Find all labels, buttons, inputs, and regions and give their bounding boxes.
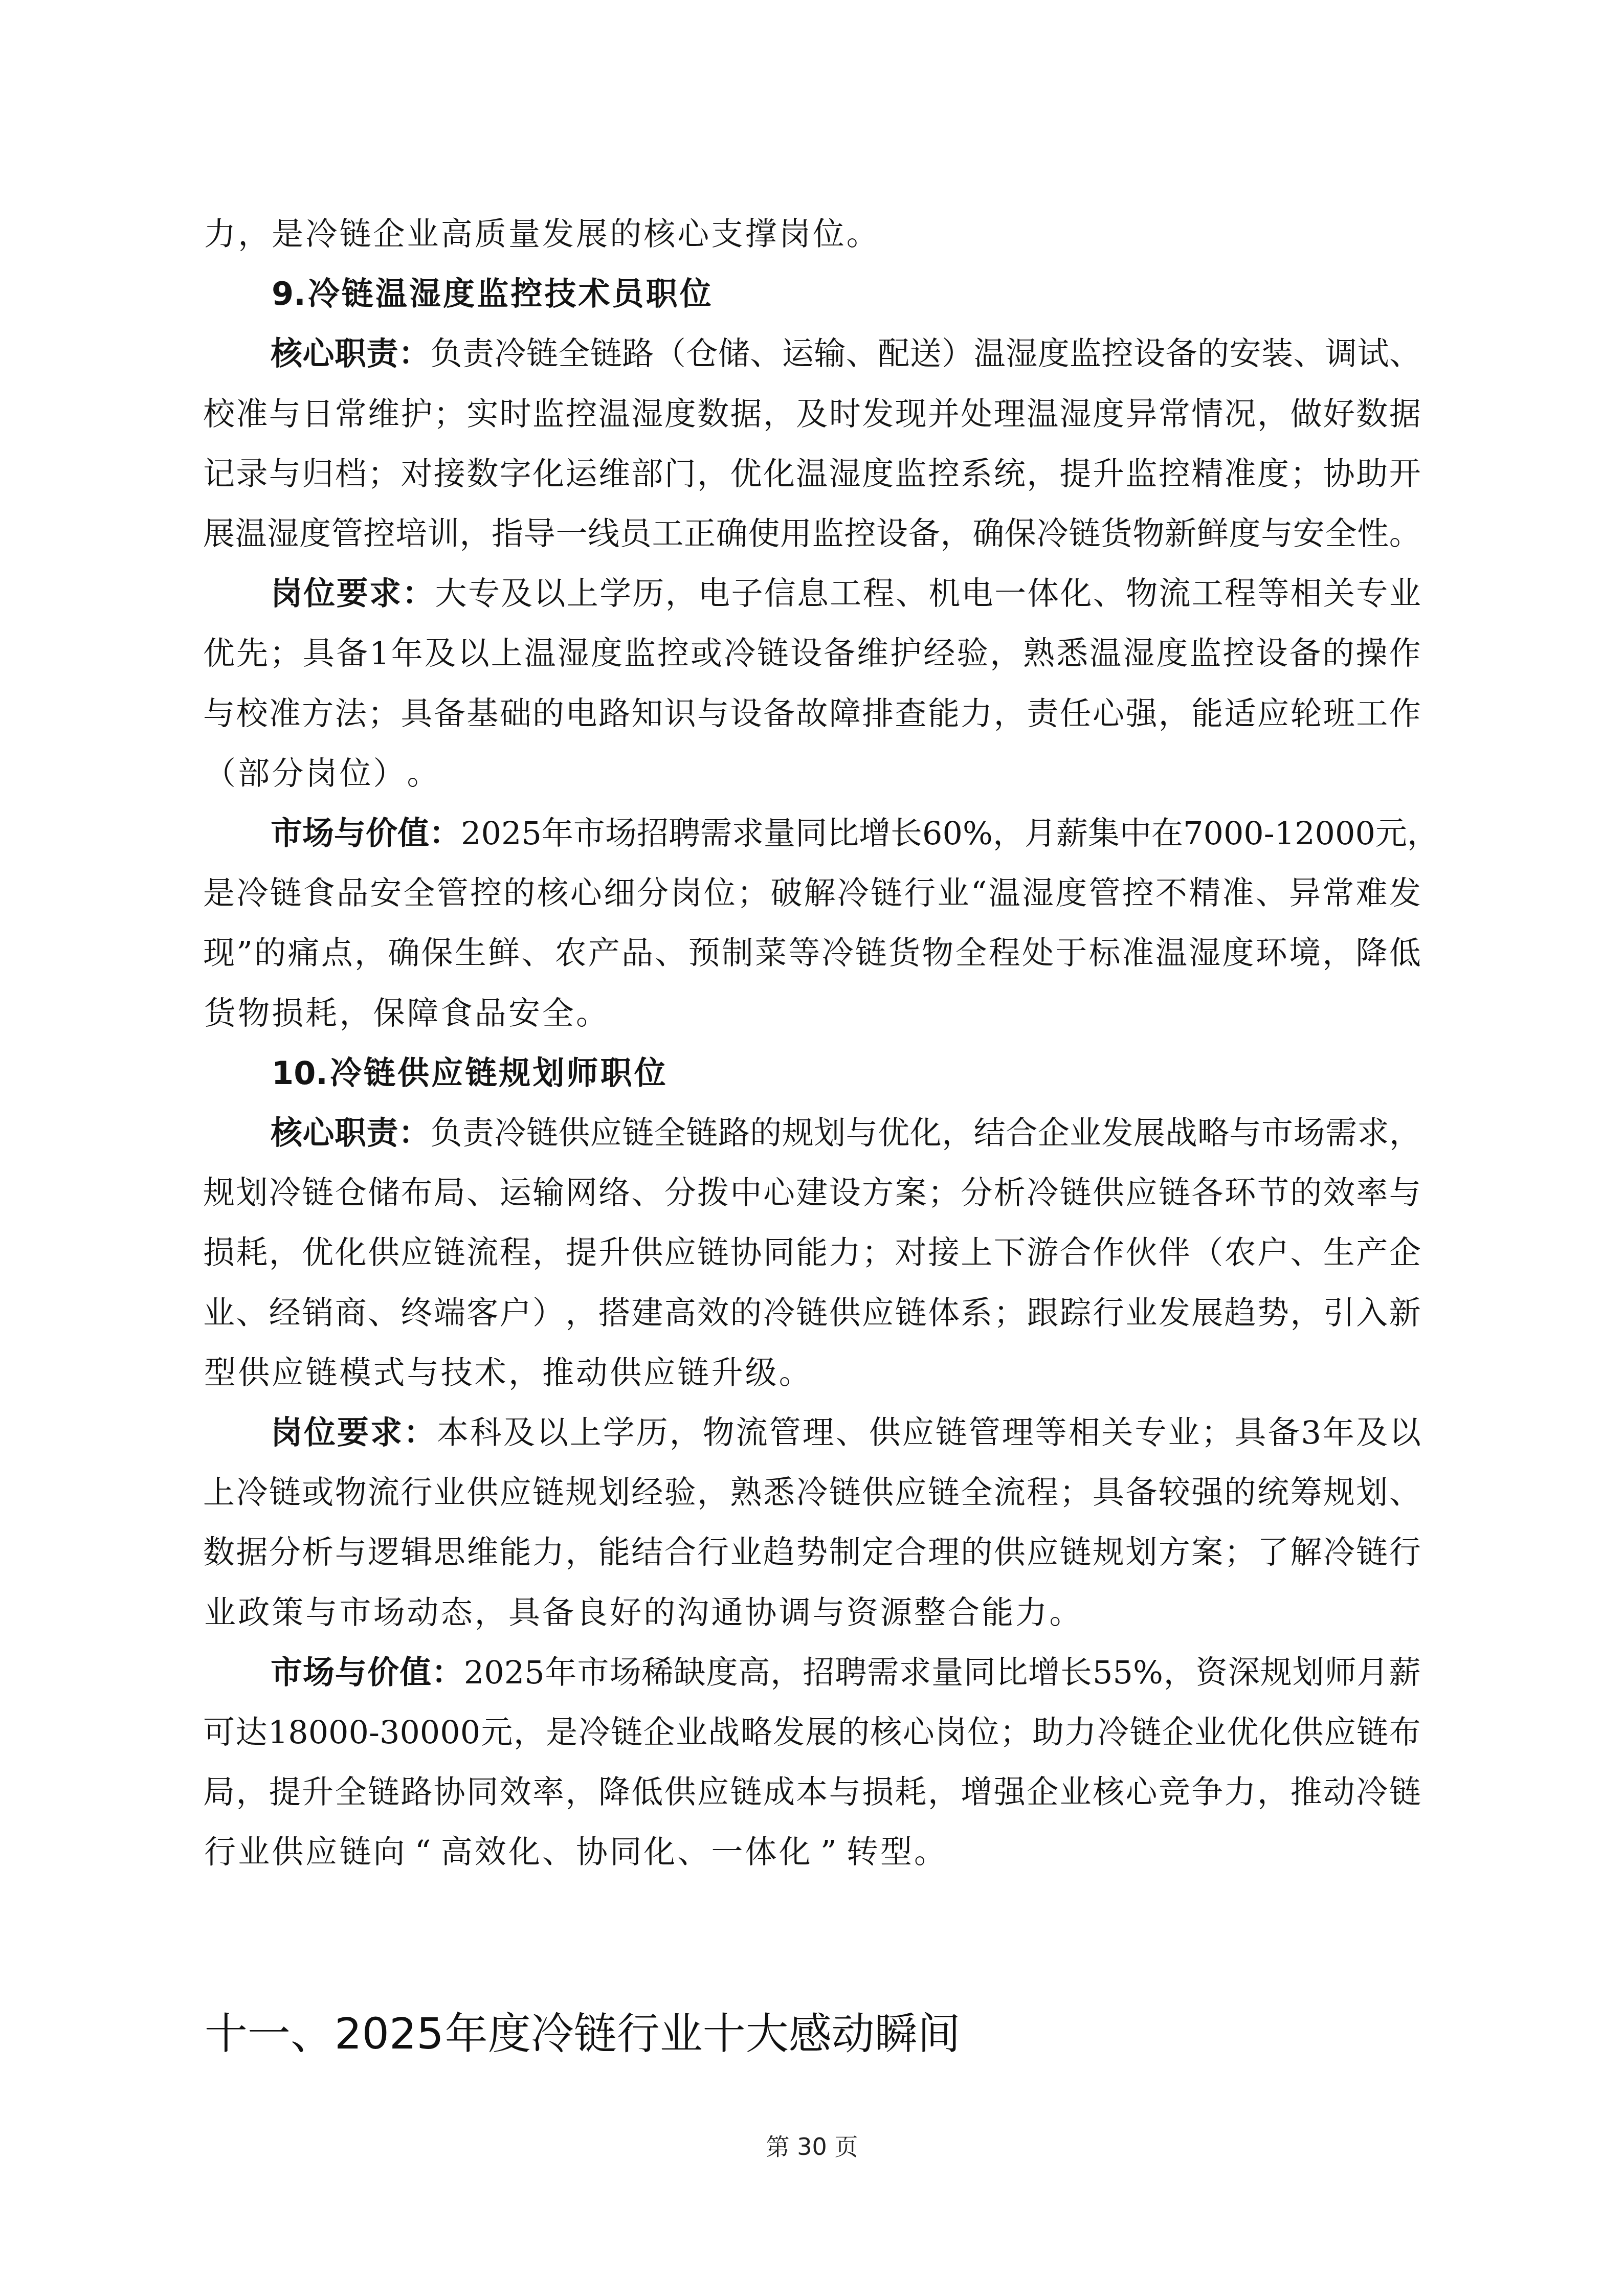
- text-glyph: 流: [466, 1232, 498, 1273]
- text-glyph: 化: [778, 1832, 812, 1873]
- text-glyph: 本: [437, 1412, 469, 1453]
- text-glyph: 链: [269, 1472, 301, 1513]
- text-glyph: 应: [500, 1472, 531, 1513]
- paragraph-line: 损耗，优化供应链流程，提升供应链协同能力；对接上下游合作伙伴（农户、生产企: [203, 1232, 1421, 1273]
- text-glyph: 客: [466, 1293, 498, 1334]
- text-glyph: 责: [1027, 693, 1058, 734]
- text-glyph: 业: [1168, 1412, 1200, 1453]
- text-glyph: 力: [1225, 1772, 1256, 1813]
- text-glyph: 规: [203, 1173, 235, 1213]
- text-glyph: 设: [790, 633, 822, 674]
- text-glyph: 伙: [1125, 1232, 1157, 1273]
- text-glyph: 部: [631, 454, 663, 494]
- text-glyph: 应: [642, 1353, 676, 1393]
- text-glyph: 管: [331, 513, 363, 554]
- text-glyph: 温: [1089, 633, 1121, 674]
- text-glyph: 本: [796, 1772, 828, 1813]
- text-glyph: 监: [895, 454, 927, 494]
- text-glyph: 的: [838, 1712, 870, 1753]
- text-glyph: 保: [421, 933, 453, 974]
- text-glyph: 链: [611, 1712, 642, 1753]
- text-glyph: 障: [829, 693, 861, 734]
- paragraph-line: 型供应链模式与技术，推动供应链升级。: [203, 1353, 1421, 1393]
- text-glyph: 程: [863, 573, 895, 614]
- text-glyph: 、: [1256, 873, 1287, 914]
- text-glyph: 护: [890, 633, 922, 674]
- text-glyph: 与: [304, 1592, 338, 1633]
- bold-label-glyph: ：: [404, 1412, 435, 1453]
- text-glyph: 动: [406, 1592, 440, 1633]
- text-glyph: 发: [862, 394, 894, 435]
- heading-glyph: 行: [617, 2011, 660, 2057]
- text-glyph: ，: [1159, 693, 1190, 734]
- text-glyph: 送: [910, 333, 942, 374]
- text-glyph: ，: [236, 1772, 268, 1813]
- text-glyph: 冷: [796, 1472, 828, 1513]
- text-glyph: 解: [1290, 1532, 1322, 1573]
- text-glyph: 、: [896, 573, 927, 614]
- text-glyph: 验: [956, 633, 988, 674]
- text-glyph: 仓: [686, 333, 718, 374]
- text-glyph: 与: [846, 1113, 878, 1154]
- text-glyph: 体: [928, 1293, 960, 1334]
- text-glyph: 供: [237, 1353, 271, 1393]
- text-glyph: 异: [1289, 873, 1321, 914]
- text-glyph: 据: [236, 1532, 268, 1573]
- text-glyph: 的: [1290, 1173, 1322, 1213]
- text-glyph: 与: [697, 693, 729, 734]
- text-glyph: 链: [270, 873, 302, 914]
- text-glyph: 冷: [1356, 1772, 1388, 1813]
- text-glyph: 化: [763, 454, 795, 494]
- paragraph-line: 货物损耗，保障食品安全。: [203, 993, 1421, 1034]
- text-glyph: 划: [1293, 1652, 1324, 1693]
- text-glyph: 升: [1093, 454, 1124, 494]
- text-glyph: 供: [664, 1772, 696, 1813]
- text-glyph: 师: [1325, 1652, 1356, 1693]
- text-glyph: 物: [1126, 573, 1158, 614]
- paragraph-line: （部分岗位）。: [203, 753, 1421, 794]
- paragraph-line: 展温湿度管控培训，指导一线员工正确使用监控设备，确保冷链货物新鲜度与安全性。: [203, 513, 1421, 554]
- text-glyph: 产: [1356, 1232, 1388, 1273]
- text-glyph: 。: [778, 1353, 812, 1393]
- text-glyph: 心: [1125, 1772, 1157, 1813]
- text-glyph: 、: [236, 1293, 268, 1334]
- text-glyph: 展: [805, 1712, 837, 1753]
- text-glyph: 等: [1035, 1412, 1067, 1453]
- text-glyph: ，: [514, 1712, 545, 1753]
- paragraph-line: 岗位要求：大专及以上学历，电子信息工程、机电一体化、物流工程等相关专业: [271, 573, 1421, 614]
- text-glyph: 流: [368, 1472, 399, 1513]
- text-glyph: 熟: [1023, 633, 1055, 674]
- text-glyph: 链: [368, 1772, 399, 1813]
- text-glyph: （: [1191, 1232, 1223, 1273]
- text-glyph: 录: [236, 454, 268, 494]
- text-glyph: 链: [871, 873, 902, 914]
- bold-label-glyph: 技: [543, 274, 577, 314]
- text-glyph: 安: [507, 993, 541, 1034]
- text-glyph: 需: [867, 1652, 899, 1693]
- bold-label-glyph: 控: [509, 274, 543, 314]
- text-glyph: 展: [203, 513, 235, 554]
- text-glyph: 链: [686, 1113, 718, 1154]
- heading-glyph: 十: [205, 2011, 248, 2057]
- text-glyph: 中: [730, 1173, 762, 1213]
- text-glyph: 运: [565, 454, 597, 494]
- bold-label-glyph: 岗: [271, 1412, 302, 1453]
- text-glyph: 率: [532, 1772, 564, 1813]
- text-glyph: 货: [203, 993, 237, 1034]
- text-glyph: 招: [637, 813, 669, 854]
- text-glyph: 术: [474, 1353, 507, 1393]
- bold-label-glyph: 划: [531, 1053, 565, 1094]
- text-glyph: 结: [974, 1113, 1006, 1154]
- text-glyph: 低: [631, 1772, 663, 1813]
- text-glyph: 销: [302, 1293, 333, 1334]
- text-glyph: 应: [271, 1353, 304, 1393]
- text-glyph: ，: [565, 1532, 597, 1573]
- text-glyph: 湿: [829, 454, 861, 494]
- text-glyph: 企: [1389, 1232, 1421, 1273]
- text-glyph: 化: [642, 1832, 676, 1873]
- paragraph-line: 业、经销商、终端客户），搭建高效的冷链供应链体系；跟踪行业发展趋势，引入新: [203, 1293, 1421, 1334]
- text-glyph: 求: [1357, 1113, 1389, 1154]
- text-glyph: 展: [1191, 1293, 1223, 1334]
- text-glyph: 具: [1235, 1412, 1266, 1453]
- text-glyph: 终: [401, 1293, 432, 1334]
- text-glyph: 业: [203, 1293, 235, 1334]
- text-glyph: ；: [928, 1173, 960, 1213]
- text-glyph: 析: [994, 1173, 1026, 1213]
- text-glyph: 在: [1151, 813, 1183, 854]
- text-glyph: 、: [750, 333, 782, 374]
- heading-glyph: 年: [445, 2011, 488, 2057]
- text-glyph: 备: [763, 693, 795, 734]
- bold-label-glyph: 位: [633, 1053, 667, 1094]
- text-glyph: 合: [947, 1592, 981, 1633]
- text-glyph: 与: [829, 1772, 861, 1813]
- text-glyph: 需: [700, 813, 732, 854]
- text-glyph: 一: [710, 1832, 744, 1873]
- text-glyph: ；: [270, 633, 301, 674]
- text-glyph: 规: [1323, 1472, 1355, 1513]
- text-glyph: 耗: [895, 1772, 927, 1813]
- text-glyph: 拨: [697, 1173, 729, 1213]
- text-glyph: 试: [1357, 333, 1389, 374]
- text-glyph: 链: [796, 1293, 828, 1334]
- bold-label-glyph: 核: [271, 1113, 302, 1154]
- paragraph-line: 与校准方法；具备基础的电路知识与设备故障排查能力，责任心强，能适应轮班工作: [203, 693, 1421, 734]
- text-glyph: 品: [474, 993, 507, 1034]
- text-glyph: 应: [895, 1472, 927, 1513]
- text-glyph: 户: [1257, 1232, 1289, 1273]
- text-glyph: ，: [459, 513, 491, 554]
- text-glyph: 下: [994, 1232, 1026, 1273]
- text-glyph: 整: [913, 1592, 947, 1633]
- text-glyph: 年: [391, 633, 423, 674]
- text-glyph: 耗: [236, 1232, 268, 1273]
- text-glyph: 路: [401, 1772, 432, 1813]
- text-glyph: 心: [903, 1712, 935, 1753]
- text-glyph: 应: [401, 1232, 432, 1273]
- text-glyph: ，: [994, 693, 1026, 734]
- text-glyph: ，: [1407, 813, 1439, 854]
- text-glyph: 效: [1323, 1173, 1355, 1213]
- bold-label-glyph: 要: [337, 573, 368, 614]
- text-glyph: 导: [524, 513, 555, 554]
- text-glyph: 于: [1055, 933, 1087, 974]
- text-glyph: 日: [302, 394, 333, 435]
- text-glyph: 的: [503, 873, 535, 914]
- text-glyph: 理: [1002, 1412, 1034, 1453]
- text-glyph: 位: [967, 1712, 999, 1753]
- text-glyph: 冷: [579, 1712, 610, 1753]
- text-glyph: 源: [879, 1592, 913, 1633]
- text-glyph: 企: [372, 214, 406, 255]
- text-glyph: 故: [796, 693, 828, 734]
- bold-label-glyph: 职: [645, 274, 679, 314]
- text-glyph: 链: [590, 333, 622, 374]
- text-glyph: 7000-12000: [1183, 813, 1375, 854]
- text-glyph: 供: [869, 1412, 901, 1453]
- text-glyph: 高: [440, 214, 474, 255]
- paragraph-line: 现”的痛点，确保生鲜、农产品、预制菜等冷链货物全程处于标准温湿度环境，降低: [203, 933, 1421, 974]
- text-glyph: 势: [1257, 1293, 1289, 1334]
- text-glyph: 、: [655, 933, 686, 974]
- text-glyph: 等: [788, 933, 820, 974]
- text-glyph: 的: [1197, 333, 1229, 374]
- text-glyph: 物: [335, 1472, 367, 1513]
- text-glyph: 情: [1191, 394, 1223, 435]
- text-glyph: 部: [237, 753, 271, 794]
- paragraph-line: 核心职责：负责冷链全链路（仓储、运输、配送）温湿度监控设备的安装、调试、: [271, 333, 1421, 374]
- text-glyph: 工: [1192, 573, 1223, 614]
- paragraph-line: 优先；具备1年及以上温湿度监控或冷链设备维护经验，熟悉温湿度监控设备的操作: [203, 633, 1421, 674]
- bold-label-glyph: 职: [335, 333, 366, 374]
- text-glyph: 链: [526, 1113, 558, 1154]
- text-glyph: 行: [1389, 1532, 1421, 1573]
- bold-label-glyph: 冷: [307, 274, 341, 314]
- bold-label-glyph: ：: [429, 813, 461, 854]
- text-glyph: 控: [1159, 454, 1190, 494]
- text-glyph: ，: [1027, 454, 1058, 494]
- text-glyph: ，: [1290, 1293, 1322, 1334]
- text-glyph: 撑: [744, 214, 778, 255]
- heading-glyph: 度: [488, 2011, 531, 2057]
- text-glyph: 招: [803, 1652, 834, 1693]
- text-glyph: 上: [961, 1232, 992, 1273]
- text-glyph: 冷: [763, 1293, 795, 1334]
- text-glyph: 菜: [755, 933, 787, 974]
- text-glyph: 发: [1159, 1293, 1190, 1334]
- text-glyph: 。: [406, 753, 440, 794]
- text-glyph: 监: [1125, 454, 1157, 494]
- text-glyph: 时: [829, 394, 861, 435]
- text-glyph: 经: [631, 1472, 663, 1513]
- text-glyph: 与: [269, 394, 301, 435]
- text-glyph: 食: [303, 873, 335, 914]
- text-glyph: 、: [1093, 573, 1125, 614]
- text-glyph: 、: [466, 1173, 498, 1213]
- text-glyph: 推: [541, 1353, 575, 1393]
- text-glyph: 度: [1257, 454, 1289, 494]
- text-glyph: 网: [565, 1173, 597, 1213]
- text-glyph: 资: [846, 1592, 879, 1633]
- text-glyph: 链: [1159, 1173, 1190, 1213]
- text-glyph: 识: [664, 693, 696, 734]
- text-glyph: 控: [470, 873, 502, 914]
- text-glyph: 湿: [631, 394, 663, 435]
- heading-glyph: 业: [660, 2011, 703, 2057]
- text-glyph: 深: [1228, 1652, 1260, 1693]
- text-glyph: 体: [744, 1832, 778, 1873]
- paragraph-line: 业政策与市场动态，具备良好的沟通协调与资源整合能力。: [203, 1592, 1421, 1633]
- text-glyph: 的: [1225, 1472, 1256, 1513]
- text-glyph: 及: [796, 394, 828, 435]
- bold-label-glyph: 值: [397, 813, 429, 854]
- text-glyph: ，: [474, 1592, 507, 1633]
- text-glyph: 设: [829, 1173, 861, 1213]
- text-glyph: 数: [466, 454, 498, 494]
- text-glyph: 60%: [922, 813, 993, 854]
- text-glyph: 业: [1060, 1772, 1092, 1813]
- text-glyph: 准: [1225, 454, 1256, 494]
- text-glyph: 踪: [1060, 1293, 1092, 1334]
- text-glyph: 工: [830, 573, 861, 614]
- text-glyph: 供: [558, 1113, 590, 1154]
- text-glyph: 的: [532, 693, 564, 734]
- text-glyph: 、: [676, 1832, 710, 1873]
- text-glyph: 控: [1222, 633, 1254, 674]
- text-glyph: 准: [1122, 933, 1154, 974]
- text-glyph: 供: [829, 1293, 861, 1334]
- text-glyph: 心: [1093, 693, 1124, 734]
- text-glyph: 化: [507, 1832, 541, 1873]
- text-glyph: 应: [1125, 1173, 1157, 1213]
- text-glyph: 物: [1132, 513, 1164, 554]
- text-glyph: 数: [697, 394, 729, 435]
- text-glyph: 思: [434, 1532, 465, 1573]
- text-glyph: 稀: [641, 1652, 673, 1693]
- text-glyph: 与: [1230, 1113, 1261, 1154]
- text-glyph: 据: [1389, 394, 1421, 435]
- text-glyph: 校: [236, 693, 268, 734]
- text-glyph: 力: [203, 214, 237, 255]
- text-glyph: 链: [532, 1472, 564, 1513]
- paragraph-line: 核心职责：负责冷链供应链全链路的规划与优化，结合企业发展战略与市场需求，: [271, 1113, 1421, 1154]
- paragraph-line: 力，是冷链企业高质量发展的核心支撑岗位。: [203, 214, 1421, 255]
- text-glyph: 络: [598, 1173, 630, 1213]
- bold-label-glyph: ：: [432, 1652, 463, 1693]
- heading-glyph: 一: [248, 2011, 291, 2057]
- text-glyph: 设: [730, 693, 762, 734]
- text-glyph: 优: [1227, 1712, 1259, 1753]
- text-glyph: 湿: [1022, 873, 1054, 914]
- text-glyph: 冷: [821, 933, 853, 974]
- text-glyph: 温: [1155, 933, 1187, 974]
- text-glyph: 关: [1323, 573, 1355, 614]
- text-glyph: 升: [302, 1772, 333, 1813]
- text-glyph: 链: [1356, 1712, 1388, 1753]
- text-glyph: ）: [372, 753, 406, 794]
- text-glyph: 竞: [1159, 1772, 1190, 1813]
- text-glyph: 电: [962, 573, 993, 614]
- text-glyph: 良: [575, 1592, 609, 1633]
- text-glyph: 动: [575, 1353, 609, 1393]
- text-glyph: 级: [744, 1353, 778, 1393]
- text-glyph: 链: [1129, 1712, 1161, 1753]
- bold-label-glyph: 心: [302, 333, 334, 374]
- text-glyph: ；: [737, 873, 769, 914]
- text-glyph: 监: [532, 394, 564, 435]
- text-glyph: 位: [338, 753, 372, 794]
- text-glyph: 高: [738, 1652, 770, 1693]
- paragraph-line: 可达18000-30000元，是冷链企业战略发展的核心岗位；助力冷链企业优化供应…: [203, 1712, 1421, 1753]
- text-glyph: 合: [895, 1532, 927, 1573]
- text-glyph: 分: [664, 1173, 696, 1213]
- text-glyph: 鲜: [488, 933, 520, 974]
- text-glyph: 系: [961, 454, 992, 494]
- text-glyph: 年: [545, 1652, 577, 1693]
- text-glyph: 场: [1294, 1113, 1325, 1154]
- text-glyph: 经: [269, 1293, 301, 1334]
- text-glyph: 质: [474, 214, 507, 255]
- text-glyph: 、: [1389, 1472, 1421, 1513]
- text-glyph: 冷: [269, 1173, 301, 1213]
- bold-label-glyph: 位: [304, 1412, 336, 1453]
- text-glyph: 历: [632, 573, 664, 614]
- text-glyph: 难: [1355, 873, 1387, 914]
- text-glyph: 监: [1070, 333, 1101, 374]
- text-glyph: 异: [1125, 394, 1157, 435]
- text-glyph: 需: [1325, 1113, 1357, 1154]
- text-glyph: ，: [507, 1353, 541, 1393]
- text-glyph: 效: [697, 1293, 729, 1334]
- text-glyph: 相: [1291, 573, 1322, 614]
- text-glyph: 链: [338, 1832, 372, 1873]
- text-glyph: 比: [827, 813, 859, 854]
- text-glyph: 能: [598, 1532, 630, 1573]
- text-glyph: 强: [1125, 693, 1157, 734]
- text-glyph: 化: [532, 454, 564, 494]
- heading-glyph: 链: [574, 2011, 617, 2057]
- heading-glyph: 大: [746, 2011, 789, 2057]
- text-glyph: 化: [335, 1232, 367, 1273]
- text-glyph: ，: [940, 513, 972, 554]
- text-glyph: 能: [928, 693, 960, 734]
- text-glyph: 应: [697, 1772, 729, 1813]
- text-glyph: 型: [879, 1832, 913, 1873]
- text-glyph: 新: [1165, 513, 1196, 554]
- bold-label-glyph: 湿: [408, 274, 442, 314]
- text-glyph: 具: [1093, 1472, 1124, 1513]
- text-glyph: 生: [1323, 1232, 1355, 1273]
- text-glyph: ，: [1257, 1772, 1289, 1813]
- text-glyph: 争: [1191, 1772, 1223, 1813]
- text-glyph: 流: [736, 1412, 768, 1453]
- text-glyph: ，: [237, 214, 271, 255]
- bold-label-glyph: 链: [363, 1053, 396, 1094]
- bold-label-glyph: 求: [369, 573, 401, 614]
- bold-label-glyph: 求: [370, 1412, 402, 1453]
- text-glyph: 合: [1006, 1113, 1037, 1154]
- text-glyph: 。: [846, 214, 879, 255]
- text-glyph: 案: [895, 1173, 927, 1213]
- heading-glyph: 间: [918, 2011, 961, 2057]
- text-glyph: 具: [507, 1592, 541, 1633]
- text-glyph: 备: [541, 1592, 575, 1633]
- text-glyph: 链: [1356, 1532, 1388, 1573]
